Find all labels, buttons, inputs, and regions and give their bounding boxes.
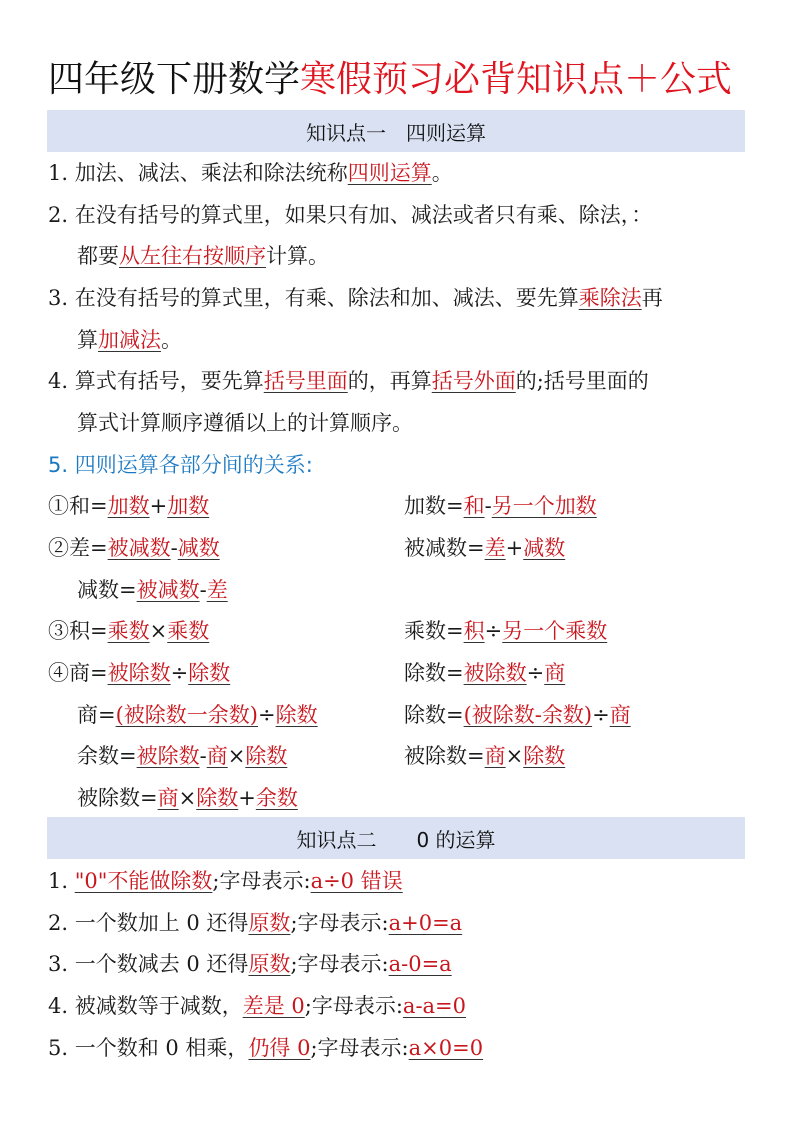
- text-segment: 加数=: [404, 494, 464, 518]
- text-segment: 1. 加法、减法、乘法和除法统称: [48, 161, 348, 185]
- key-term: 和: [464, 494, 485, 518]
- key-term: 另一个加数: [492, 494, 597, 518]
- text-line: 算式计算顺序遵循以上的计算顺序。: [77, 408, 413, 438]
- text-segment: 计算。: [266, 244, 329, 268]
- key-term: 从左往右按顺序: [119, 244, 266, 268]
- text-line: 被减数=差+减数: [404, 533, 565, 563]
- text-line: 乘数=积÷另一个乘数: [404, 616, 607, 646]
- text-line: 减数=被减数-差: [77, 575, 228, 605]
- text-segment: 再: [642, 286, 663, 310]
- key-term: 括号里面: [264, 369, 348, 393]
- text-segment: 5. 四则运算各部分间的关系:: [48, 453, 313, 477]
- text-line: 3. 在没有括号的算式里，有乘、除法和加、减法、要先算乘除法再: [48, 283, 663, 313]
- key-term: 商: [544, 661, 565, 685]
- key-term: 商: [610, 703, 631, 727]
- key-term: 差: [485, 536, 506, 560]
- key-term: 被除数: [137, 744, 200, 768]
- key-term: 原数: [248, 952, 290, 976]
- text-segment: 商=: [77, 703, 116, 727]
- text-segment: ×: [150, 619, 168, 643]
- text-line: ②差=被减数-减数: [48, 533, 220, 563]
- key-term: 商: [158, 786, 179, 810]
- text-segment: ;字母表示:: [290, 952, 388, 976]
- text-line: 4. 算式有括号，要先算括号里面的，再算括号外面的;括号里面的: [48, 366, 649, 396]
- key-term: 乘数: [167, 619, 209, 643]
- key-term: 括号外面: [432, 369, 516, 393]
- key-term: 加数: [167, 494, 209, 518]
- text-segment: 的;括号里面的: [516, 369, 649, 393]
- text-line: ④商=被除数÷除数: [48, 658, 230, 688]
- text-segment: -: [171, 536, 178, 560]
- key-term: 乘除法: [579, 286, 642, 310]
- text-segment: ÷: [258, 703, 276, 727]
- text-segment: 被除数=: [77, 786, 158, 810]
- key-term: 原数: [248, 911, 290, 935]
- text-line: ①和=加数+加数: [48, 491, 209, 521]
- key-term: 除数: [523, 744, 565, 768]
- key-term: a-a=0: [403, 994, 466, 1018]
- text-segment: -: [200, 578, 207, 602]
- text-segment: 余数=: [77, 744, 137, 768]
- text-line: 加数=和-另一个加数: [404, 491, 597, 521]
- key-term: 被减数: [137, 578, 200, 602]
- key-term: 减数: [178, 536, 220, 560]
- title-red-part: 寒假预习必背知识点＋公式: [300, 59, 732, 100]
- text-segment: ;字母表示:: [310, 1036, 408, 1060]
- key-term: 四则运算: [348, 161, 432, 185]
- text-segment: ÷: [171, 661, 189, 685]
- key-term: (被除数一余数): [116, 703, 258, 727]
- text-segment: ÷: [527, 661, 545, 685]
- text-segment: ;字母表示:: [290, 911, 388, 935]
- key-term: 加数: [108, 494, 150, 518]
- key-term: a×0=0: [409, 1036, 483, 1060]
- key-term: 被减数: [108, 536, 171, 560]
- text-line: 1. 加法、减法、乘法和除法统称四则运算。: [48, 158, 453, 188]
- key-term: a-0=a: [389, 952, 452, 976]
- key-term: 除数: [196, 786, 238, 810]
- text-segment: +: [150, 494, 168, 518]
- text-line: 被除数=商×除数+余数: [77, 783, 298, 813]
- text-segment: 除数=: [404, 703, 464, 727]
- key-term: 减数: [523, 536, 565, 560]
- text-segment: ×: [228, 744, 246, 768]
- key-term: 加减法: [98, 328, 161, 352]
- text-segment: +: [506, 536, 524, 560]
- text-segment: 算式计算顺序遵循以上的计算顺序。: [77, 411, 413, 435]
- key-term: 乘数: [108, 619, 150, 643]
- key-term: 除数: [245, 744, 287, 768]
- text-segment: 乘数=: [404, 619, 464, 643]
- key-term: a+0=a: [389, 911, 463, 935]
- text-segment: 都要: [77, 244, 119, 268]
- text-segment: 。: [432, 161, 453, 185]
- text-line: 4. 被减数等于减数，差是 0;字母表示:a-a=0: [48, 991, 466, 1021]
- text-segment: -: [485, 494, 492, 518]
- page-title: 四年级下册数学寒假预习必背知识点＋公式: [48, 56, 732, 104]
- text-segment: 除数=: [404, 661, 464, 685]
- key-term: 除数: [276, 703, 318, 727]
- text-segment: ④商=: [48, 661, 108, 685]
- text-line: 余数=被除数-商×除数: [77, 741, 287, 771]
- text-segment: 减数=: [77, 578, 137, 602]
- text-segment: 2. 一个数加上 0 还得: [48, 911, 248, 935]
- key-term: (被除数-余数): [464, 703, 592, 727]
- text-segment: 的，再算: [348, 369, 432, 393]
- text-line: 除数=(被除数-余数)÷商: [404, 700, 631, 730]
- text-segment: 被除数=: [404, 744, 485, 768]
- text-segment: ②差=: [48, 536, 108, 560]
- text-segment: -: [200, 744, 207, 768]
- key-term: a÷0 错误: [311, 869, 403, 893]
- text-segment: +: [238, 786, 256, 810]
- text-segment: ÷: [485, 619, 503, 643]
- text-line: 2. 在没有括号的算式里，如果只有加、减法或者只有乘、除法，：: [48, 200, 652, 230]
- text-segment: 2. 在没有括号的算式里，如果只有加、减法或者只有乘、除法，：: [48, 203, 652, 227]
- key-term: 另一个乘数: [502, 619, 607, 643]
- key-term: 被除数: [108, 661, 171, 685]
- text-line: 2. 一个数加上 0 还得原数;字母表示:a+0=a: [48, 908, 462, 938]
- key-term: 商: [485, 744, 506, 768]
- key-term: 除数: [188, 661, 230, 685]
- text-segment: 3. 一个数减去 0 还得: [48, 952, 248, 976]
- text-line: 商=(被除数一余数)÷除数: [77, 700, 318, 730]
- text-segment: ③积=: [48, 619, 108, 643]
- text-segment: ×: [179, 786, 197, 810]
- text-segment: 4. 被减数等于减数，: [48, 994, 243, 1018]
- key-term: "0"不能做除数: [75, 869, 213, 893]
- key-term: 被除数: [464, 661, 527, 685]
- text-segment: 1.: [48, 869, 75, 893]
- text-line: 算加减法。: [77, 325, 182, 355]
- text-segment: 3. 在没有括号的算式里，有乘、除法和加、减法、要先算: [48, 286, 579, 310]
- text-segment: 算: [77, 328, 98, 352]
- key-term: 积: [464, 619, 485, 643]
- text-segment: ①和=: [48, 494, 108, 518]
- text-line: ③积=乘数×乘数: [48, 616, 209, 646]
- key-term: 商: [207, 744, 228, 768]
- text-line: 被除数=商×除数: [404, 741, 565, 771]
- text-segment: 。: [161, 328, 182, 352]
- key-term: 余数: [256, 786, 298, 810]
- text-segment: ×: [506, 744, 524, 768]
- title-black-part: 四年级下册数学: [48, 59, 300, 100]
- text-segment: 被减数=: [404, 536, 485, 560]
- text-line: 3. 一个数减去 0 还得原数;字母表示:a-0=a: [48, 949, 452, 979]
- text-line: 除数=被除数÷商: [404, 658, 565, 688]
- text-segment: ;字母表示:: [212, 869, 310, 893]
- key-term: 仍得 0: [248, 1036, 310, 1060]
- text-line: 5. 一个数和 0 相乘，仍得 0;字母表示:a×0=0: [48, 1033, 483, 1063]
- text-segment: ;字母表示:: [305, 994, 403, 1018]
- text-line: 5. 四则运算各部分间的关系:: [48, 450, 313, 480]
- key-term: 差: [207, 578, 228, 602]
- text-segment: 4. 算式有括号，要先算: [48, 369, 264, 393]
- section-header-1: 知识点一 四则运算: [47, 110, 745, 152]
- text-line: 都要从左往右按顺序计算。: [77, 241, 329, 271]
- text-segment: ÷: [592, 703, 610, 727]
- section-header-2: 知识点二 0 的运算: [47, 817, 745, 859]
- key-term: 差是 0: [243, 994, 305, 1018]
- text-segment: 5. 一个数和 0 相乘，: [48, 1036, 248, 1060]
- text-line: 1. "0"不能做除数;字母表示:a÷0 错误: [48, 866, 403, 896]
